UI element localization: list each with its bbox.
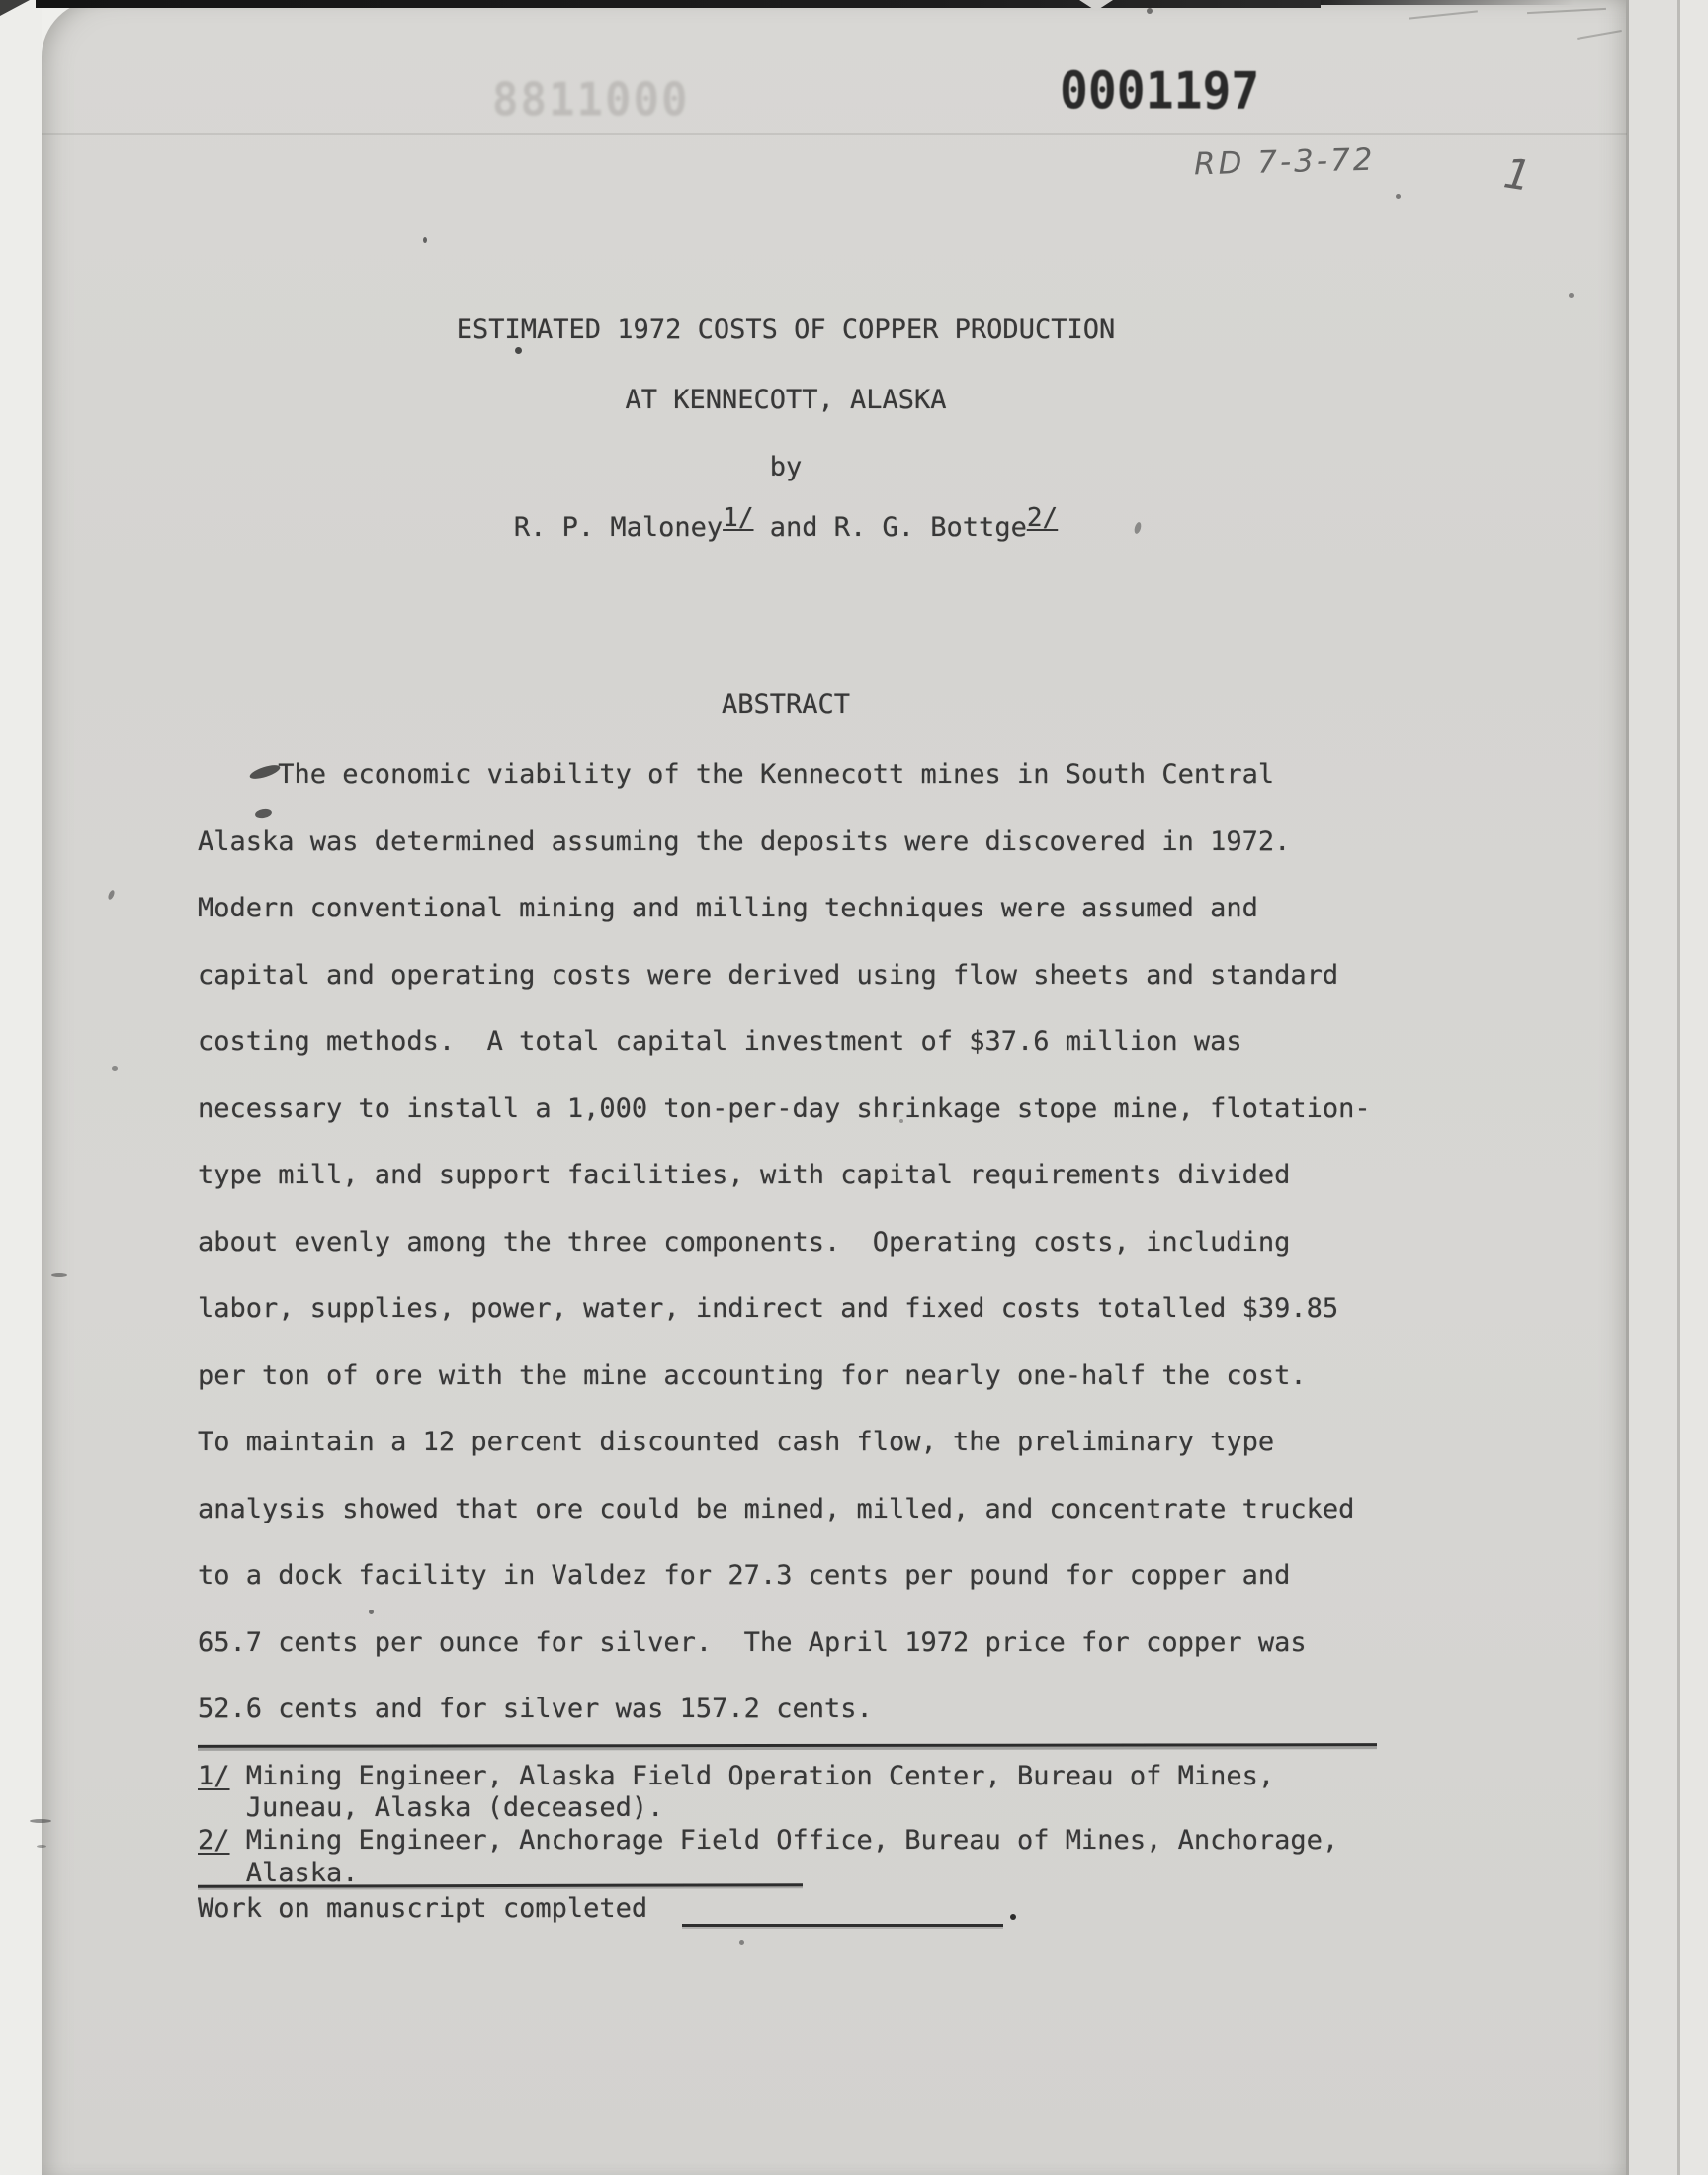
abstract-line: necessary to install a 1,000 ton-per-day… [198,1076,1433,1143]
scanned-document-page: 8811000 0001197 RD 7-3-72 1 ESTIMATED 19… [0,0,1708,2175]
pencil-dot [1396,194,1401,199]
footnote-2-line-1: 2/ Mining Engineer, Anchorage Field Offi… [198,1825,1483,1856]
abstract-line: To maintain a 12 percent discounted cash… [198,1409,1433,1476]
abstract-heading: ABSTRACT [198,689,1374,720]
abstract-line: 65.7 cents per ounce for silver. The Apr… [198,1609,1433,1677]
margin-mark [30,1819,51,1823]
handwritten-date: RD 7-3-72 [1194,142,1376,183]
paper-edge-line [1626,0,1629,2175]
scan-top-edge-fade [1321,0,1574,5]
scan-margin-left [0,0,42,2175]
abstract-paragraph: The economic viability of the Kennecott … [198,741,1433,1743]
abstract-line: analysis showed that ore could be mined,… [198,1476,1433,1543]
scan-top-edge [36,0,1321,8]
footnote-1-line-1: 1/ Mining Engineer, Alaska Field Operati… [198,1761,1483,1791]
bleed-through-stamp: 8811000 [492,74,689,128]
abstract-line: The economic viability of the Kennecott … [198,741,1433,809]
footnote-1-marker: 1/ [198,1761,230,1791]
abstract-line: about evenly among the three components.… [198,1209,1433,1276]
abstract-line: per ton of ore with the mine accounting … [198,1343,1433,1410]
page-title-line-2: AT KENNECOTT, ALASKA [198,385,1374,415]
abstract-line: capital and operating costs were derived… [198,942,1433,1009]
document-number-stamp: 0001197 [1060,61,1259,121]
margin-mark [51,1273,67,1277]
ink-speck [515,347,522,354]
abstract-line: costing methods. A total capital investm… [198,1008,1433,1076]
abstract-line: Modern conventional mining and milling t… [198,875,1433,942]
footnote-1-text: Mining Engineer, Alaska Field Operation … [230,1761,1275,1791]
author-2-footnote-marker: 2/ [1027,503,1058,533]
scan-top-edge-notch [1079,0,1113,11]
footnote-2-text: Mining Engineer, Anchorage Field Office,… [230,1825,1339,1856]
page-title-line-1: ESTIMATED 1972 COSTS OF COPPER PRODUCTIO… [198,314,1374,345]
author-2: and R. G. Bottge [753,512,1026,543]
abstract-line: Alaska was determined assuming the depos… [198,809,1433,876]
paper-edge-line-2 [1677,0,1680,2175]
footnote-1-line-2: Juneau, Alaska (deceased). [198,1792,1483,1823]
ink-speck [1569,293,1574,298]
abstract-line: type mill, and support facilities, with … [198,1142,1433,1209]
ink-speck [423,237,427,243]
author-1-footnote-marker: 1/ [723,503,753,533]
ink-speck [739,1940,744,1945]
abstract-line: to a dock facility in Valdez for 27.3 ce… [198,1542,1433,1609]
period-after-blank [1010,1914,1016,1920]
abstract-line: labor, supplies, power, water, indirect … [198,1275,1433,1343]
abstract-line: 52.6 cents and for silver was 157.2 cent… [198,1676,1433,1743]
margin-mark [37,1845,46,1848]
scan-margin-far-right [1680,0,1708,2175]
author-1: R. P. Maloney [514,512,723,543]
blank-fill-in-line [682,1924,1003,1927]
byline: R. P. Maloney1/ and R. G. Bottge2/ [198,512,1374,543]
manuscript-completed-line: Work on manuscript completed [198,1893,1483,1924]
ink-speck [112,1066,118,1071]
footnote-2-marker: 2/ [198,1825,230,1856]
byline-prefix: by [198,452,1374,482]
ink-speck [369,1609,374,1614]
ink-speck [1147,8,1153,14]
ink-speck [899,1119,903,1123]
paper-crease-line [42,133,1627,135]
